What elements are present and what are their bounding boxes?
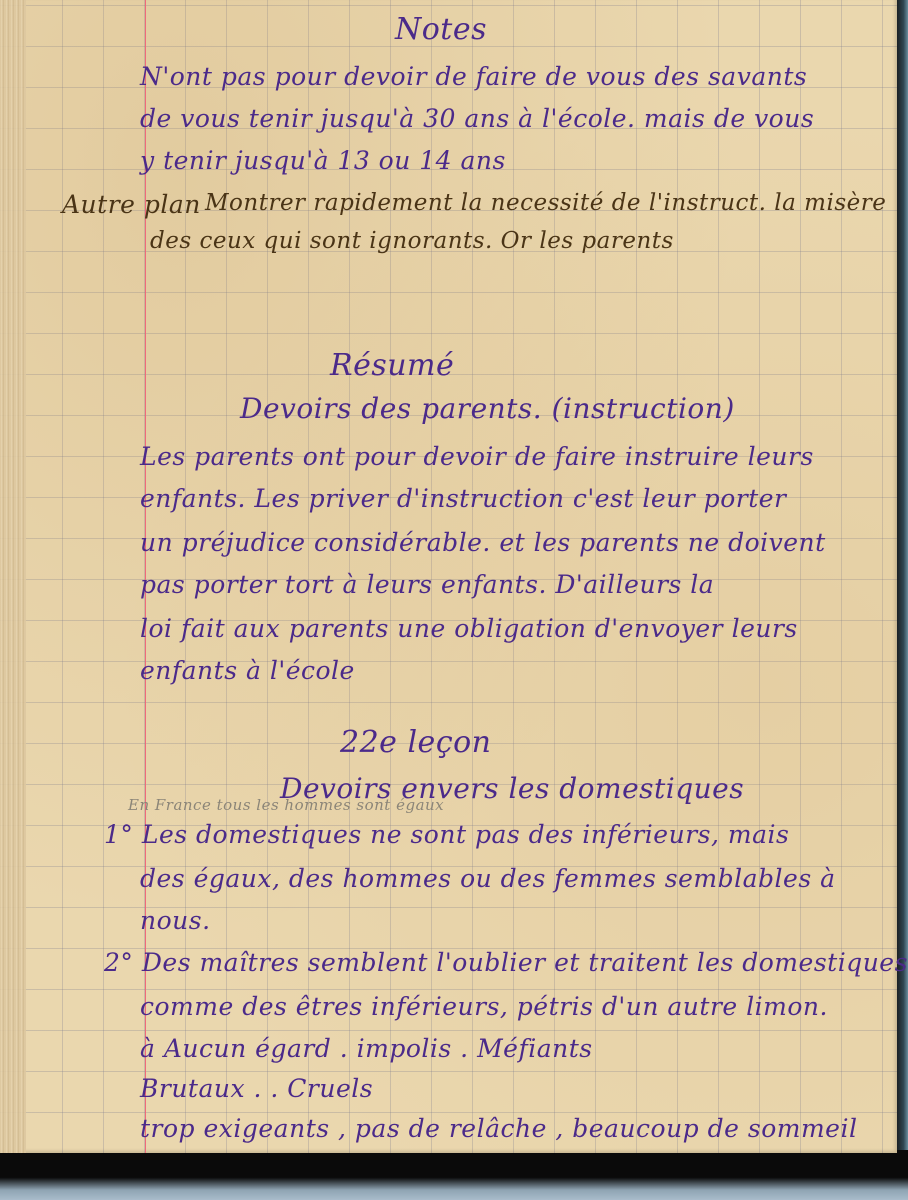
resume-line-4: pas porter tort à leurs enfants. D'aille… <box>140 570 714 599</box>
notes-heading: Notes <box>395 12 487 47</box>
resume-line-1: Les parents ont pour devoir de faire ins… <box>140 442 814 471</box>
page-stack-edges <box>0 0 26 1153</box>
notes-line-1: N'ont pas pour devoir de faire de vous d… <box>140 62 807 91</box>
lesson-line-3: nous. <box>140 906 211 935</box>
lesson-line-4: 2° Des maîtres semblent l'oublier et tra… <box>104 948 908 977</box>
plan-line-2: des ceux qui sont ignorants. Or les pare… <box>150 228 674 254</box>
lesson-line-5: comme des êtres inférieurs, pétris d'un … <box>140 992 828 1021</box>
lesson-line-6: à Aucun égard . impolis . Méfiants <box>140 1034 593 1063</box>
notes-line-2: de vous tenir jusqu'à 30 ans à l'école. … <box>140 104 814 133</box>
resume-subheading: Devoirs des parents. (instruction) <box>240 392 735 425</box>
resume-line-5: loi fait aux parents une obligation d'en… <box>140 614 798 643</box>
resume-line-6: enfants à l'école <box>140 656 355 685</box>
plan-label: Autre plan <box>62 190 201 219</box>
lesson-line-8: trop exigeants , pas de relâche , beauco… <box>140 1114 857 1143</box>
notes-line-3: y tenir jusqu'à 13 ou 14 ans <box>140 146 506 175</box>
background-bottom-edge <box>0 1150 908 1200</box>
notebook-page: Notes N'ont pas pour devoir de faire de … <box>0 0 897 1153</box>
pencil-annotation: En France tous les hommes sont égaux <box>128 796 444 814</box>
background-right-edge <box>897 0 908 1160</box>
lesson-line-7: Brutaux . . Cruels <box>140 1074 373 1103</box>
resume-heading: Résumé <box>330 348 454 383</box>
resume-line-2: enfants. Les priver d'instruction c'est … <box>140 484 786 513</box>
plan-line-1: Montrer rapidement la necessité de l'ins… <box>205 190 886 216</box>
resume-line-3: un préjudice considérable. et les parent… <box>140 528 826 557</box>
lesson-line-1: 1° Les domestiques ne sont pas des infér… <box>104 820 789 849</box>
lesson-heading: 22e leçon <box>340 725 492 760</box>
lesson-line-2: des égaux, des hommes ou des femmes semb… <box>140 864 836 893</box>
